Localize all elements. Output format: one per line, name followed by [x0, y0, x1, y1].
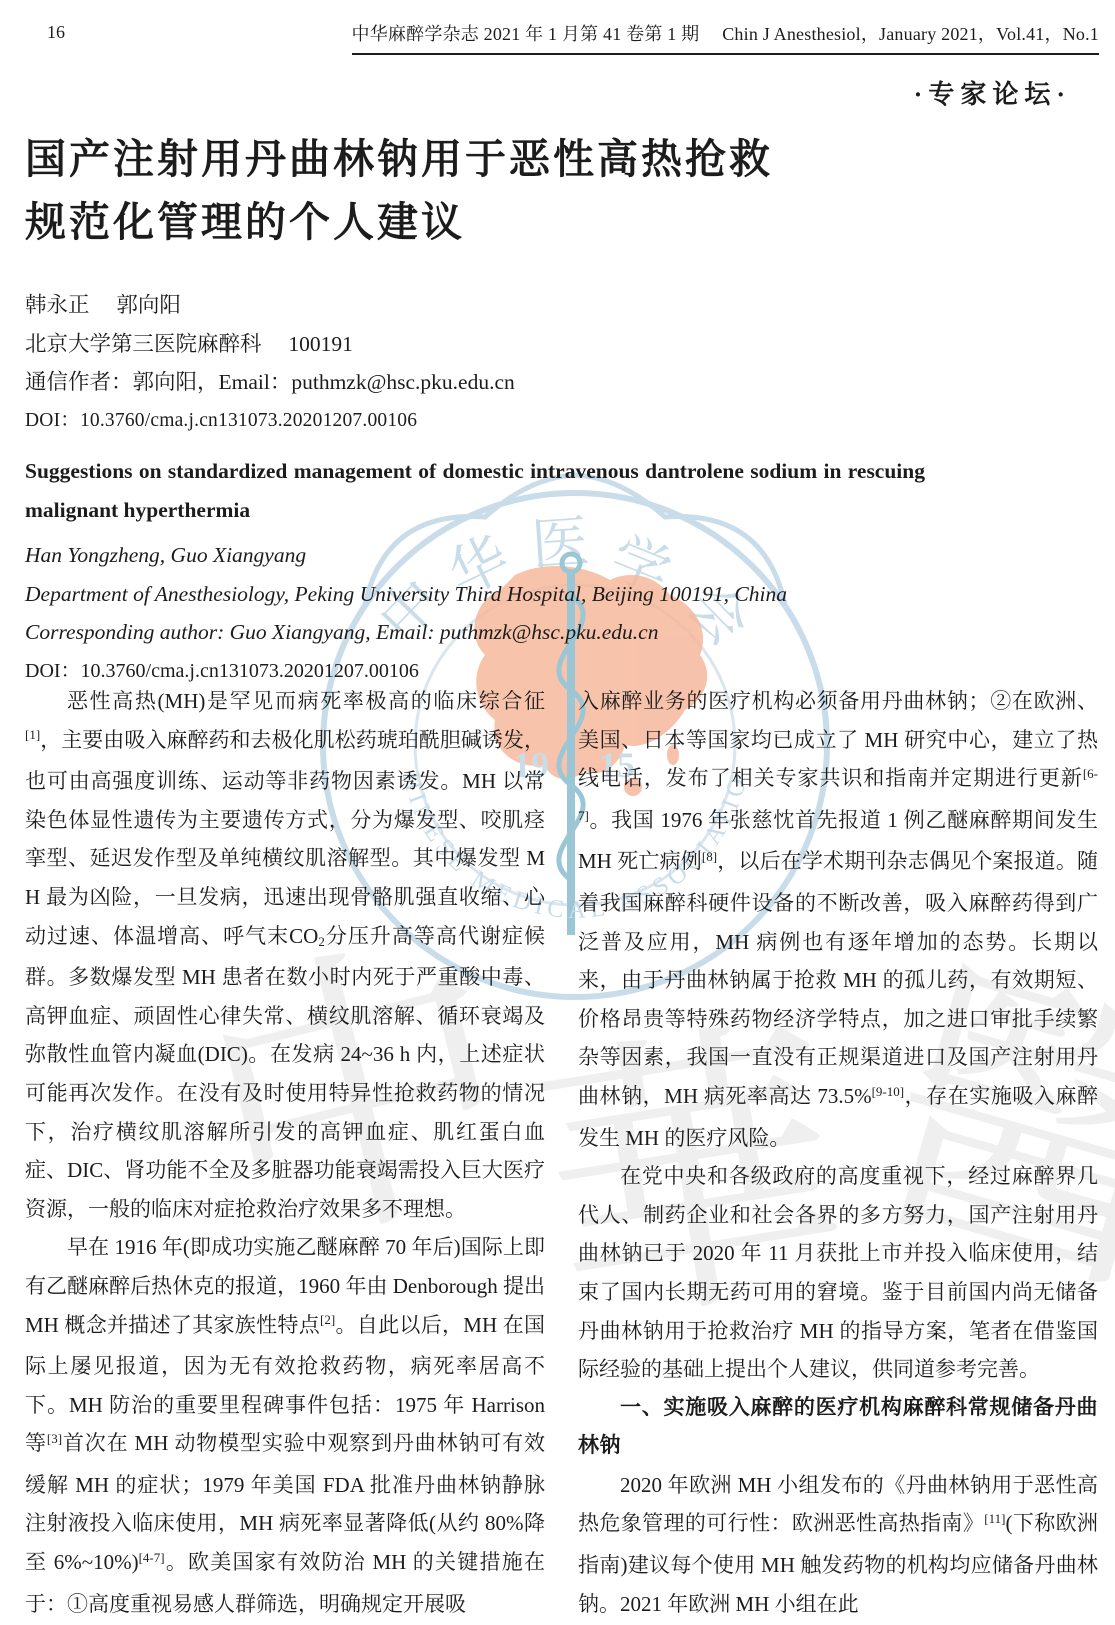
authors-cn: 韩永正 郭向阳 [25, 286, 515, 325]
section-heading: 一、实施吸入麻醉的医疗机构麻醉科常规储备丹曲林钠 [578, 1389, 1098, 1466]
reference-superscript: [6-7] [578, 766, 1098, 823]
body-column-left: 恶性高热(MH)是罕见而病死率极高的临床综合征[1]，主要由吸入麻醉药和去极化肌… [25, 682, 545, 1623]
subscript: 2 [318, 934, 325, 949]
article-meta-en: Suggestions on standardized management o… [25, 452, 925, 690]
article-title-cn-line1: 国产注射用丹曲林钠用于恶性高热抢救 [25, 128, 885, 191]
body-column-right: 入麻醉业务的医疗机构必须备用丹曲林钠；②在欧洲、美国、日本等国家均已成立了 MH… [578, 682, 1098, 1623]
journal-header-line: 中华麻醉学杂志 2021 年 1 月第 41 卷第 1 期 Chin J Ane… [352, 20, 1099, 55]
affiliation-cn: 北京大学第三医院麻醉科 100191 [25, 325, 515, 364]
journal-page: 中 華 醫 中 华 医 学 会 [0, 0, 1115, 1625]
reference-superscript: [11] [984, 1511, 1005, 1526]
page-number: 16 [47, 22, 65, 43]
correspondence-cn: 通信作者：郭向阳，Email：puthmzk@hsc.pku.edu.cn [25, 363, 515, 402]
article-title-cn-line2: 规范化管理的个人建议 [25, 191, 885, 254]
reference-superscript: [3] [47, 1431, 62, 1446]
content-layer: 16 中华麻醉学杂志 2021 年 1 月第 41 卷第 1 期 Chin J … [0, 0, 1115, 1625]
column-section-tag: ·专家论坛· [914, 74, 1071, 111]
reference-superscript: [1] [25, 727, 40, 742]
reference-superscript: [8] [702, 849, 717, 864]
doi-cn: DOI：10.3760/cma.j.cn131073.20201207.0010… [25, 402, 515, 441]
article-title-en: Suggestions on standardized management o… [25, 452, 925, 529]
body-paragraph: 早在 1916 年(即成功实施乙醚麻醉 70 年后)国际上即有乙醚麻醉后热休克的… [25, 1228, 545, 1623]
article-meta-cn: 韩永正 郭向阳 北京大学第三医院麻醉科 100191 通信作者：郭向阳，Emai… [25, 286, 515, 440]
article-title-cn: 国产注射用丹曲林钠用于恶性高热抢救 规范化管理的个人建议 [25, 128, 885, 254]
reference-superscript: [2] [320, 1312, 335, 1327]
body-paragraph: 在党中央和各级政府的高度重视下，经过麻醉界几代人、制药企业和社会各界的多方努力，… [578, 1157, 1098, 1389]
body-paragraph: 2020 年欧洲 MH 小组发布的《丹曲林钠用于恶性高热危象管理的可行性：欧洲恶… [578, 1466, 1098, 1623]
affiliation-en: Department of Anesthesiology, Peking Uni… [25, 575, 925, 614]
authors-en: Han Yongzheng, Guo Xiangyang [25, 536, 925, 575]
body-paragraph: 入麻醉业务的医疗机构必须备用丹曲林钠；②在欧洲、美国、日本等国家均已成立了 MH… [578, 682, 1098, 1157]
correspondence-en: Corresponding author: Guo Xiangyang, Ema… [25, 613, 925, 652]
body-paragraph: 恶性高热(MH)是罕见而病死率极高的临床综合征[1]，主要由吸入麻醉药和去极化肌… [25, 682, 545, 1228]
reference-superscript: [9-10] [872, 1084, 905, 1099]
reference-superscript: [4-7] [139, 1550, 165, 1565]
